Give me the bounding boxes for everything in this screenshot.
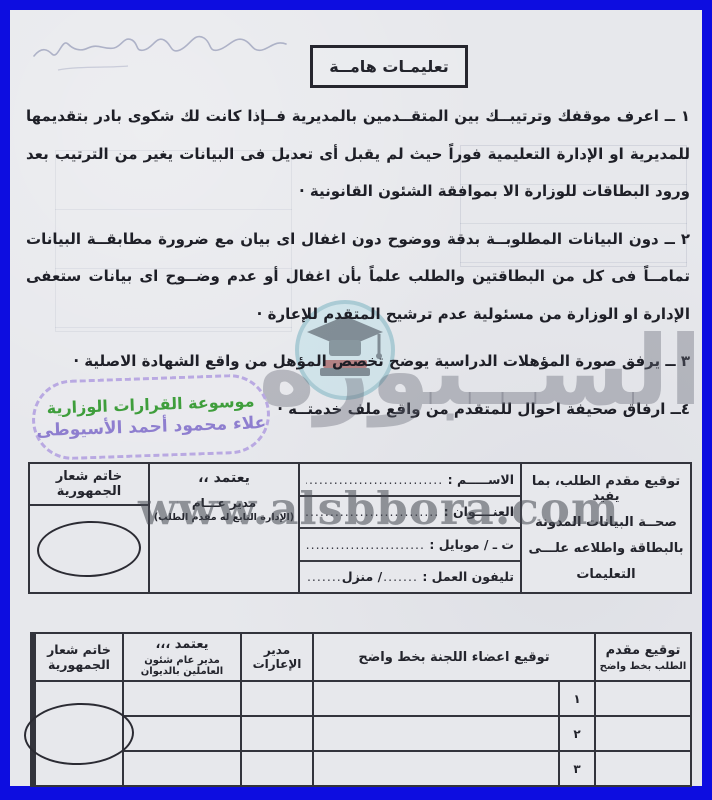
applicant-signature-note-cell: توقيع مقدم الطلب، بما يفيد صحــة البيانا… [522, 464, 690, 592]
applicant-signature-header-line1: توقيع مقدم [606, 643, 681, 658]
name-field[interactable]: الاســـــم : ...........................… [300, 464, 520, 495]
address-field-blank[interactable]: ...................................... [306, 504, 439, 519]
applicant-signature-blank[interactable] [596, 717, 690, 750]
republic-seal-header: خاتم شعار الجمهورية [36, 634, 122, 680]
address-field[interactable]: العنــــوان : ..........................… [300, 495, 520, 528]
approval-director-title: مدير عـــام [150, 496, 298, 510]
committee-signatures-header: توقيع اعضاء اللجنة بخط واضح [314, 634, 594, 680]
committee-member-signature-blank[interactable] [314, 717, 558, 750]
approval-directorate-note: (الإدارة التابع له مقدم الطلب) [150, 512, 298, 523]
seal-ellipse-placeholder [36, 519, 142, 579]
handwriting-scribble [28, 18, 288, 78]
member-number: ٢ [560, 717, 594, 750]
member-number: ١ [560, 682, 594, 715]
work-phone-label: تليفون العمل : [422, 569, 514, 584]
applicant-signature-header-line2: الطلب بخط واضح [600, 661, 687, 672]
contact-fields-cell: الاســـــم : ...........................… [300, 464, 522, 592]
instruction-item-2: ٢ ــ دون البيانات المطلوبــة بدقة ووضوح … [26, 221, 690, 334]
approval-header-line1: يعتمد ،،، [155, 637, 208, 652]
applicant-signature-blank[interactable] [596, 682, 690, 715]
director-signature-blank[interactable] [242, 752, 312, 785]
work-phone-field[interactable]: تليفون العمل : ............../ منزل.....… [300, 560, 520, 593]
scanned-document-page: { "colors": { "frame_blue": "#0d0de0", "… [0, 0, 712, 800]
committee-member-signature-blank[interactable] [314, 752, 558, 785]
republic-seal-cell: خاتم شعار الجمهورية [30, 464, 150, 592]
approval-signature-blank[interactable] [124, 682, 240, 715]
approval-signature-blank[interactable] [124, 717, 240, 750]
work-phone-blank[interactable]: .............. [382, 569, 418, 584]
approval-header: يعتمد ،،، مدير عام شئون العاملين بالديوا… [124, 634, 240, 680]
secondments-director-header: مدير الإعارات [242, 634, 312, 680]
approval-cell: يعتمد ،، مدير عـــام (الإدارة التابع له … [150, 464, 300, 592]
member-number: ٣ [560, 752, 594, 785]
signature-note-line: بالبطاقة واطلاعه علـــى [524, 541, 688, 556]
publisher-stamp: موسوعة القرارات الوزارية علاء محمود أحمد… [31, 373, 272, 461]
ghost-table-showthrough [535, 590, 690, 634]
mobile-field-blank[interactable]: .................................. [306, 537, 425, 552]
director-signature-blank[interactable] [242, 682, 312, 715]
mobile-field[interactable]: ت ـ / موبايل : .........................… [300, 527, 520, 560]
signature-note-line: التعليمات [524, 567, 688, 582]
home-phone-label: / منزل [342, 569, 382, 584]
paper-sheet: تعليمـات هامــة ١ ــ اعرف موقفك وترتيبــ… [10, 10, 702, 786]
instruction-item-1: ١ ــ اعرف موقفك وترتيبــك بين المتقــدمي… [26, 98, 690, 211]
approval-header-line2: مدير عام شئون العاملين بالديوان [126, 655, 238, 677]
applicant-signature-header: توقيع مقدم الطلب بخط واضح [596, 634, 690, 680]
committee-signatures-table: توقيع مقدم الطلب بخط واضح توقيع اعضاء ال… [30, 632, 692, 787]
approval-word: يعتمد ،، [150, 470, 298, 486]
signature-note-line: توقيع مقدم الطلب، بما يفيد [524, 474, 688, 504]
signature-note-line: صحــة البيانات المدونة [524, 515, 688, 530]
name-field-label: الاســـــم : [448, 472, 514, 487]
mobile-field-label: ت ـ / موبايل : [429, 537, 514, 552]
republic-seal-label: خاتم شعار الجمهورية [30, 464, 148, 506]
seal-stamp-area [36, 682, 122, 785]
applicant-data-table: توقيع مقدم الطلب، بما يفيد صحــة البيانا… [28, 462, 692, 594]
instruction-item-3: ٣ ــ يرفق صورة المؤهلات الدراسية يوضح تخ… [26, 343, 690, 381]
approval-signature-blank[interactable] [124, 752, 240, 785]
home-phone-blank[interactable]: .............. [306, 569, 342, 584]
committee-member-signature-blank[interactable] [314, 682, 558, 715]
name-field-blank[interactable]: ...................................... [306, 472, 443, 487]
seal-stamp-area [30, 506, 148, 592]
seal-ellipse-placeholder [23, 701, 135, 767]
address-field-label: العنــــوان : [444, 504, 514, 519]
page-title: تعليمـات هامــة [310, 45, 468, 88]
applicant-signature-blank[interactable] [596, 752, 690, 785]
director-signature-blank[interactable] [242, 717, 312, 750]
